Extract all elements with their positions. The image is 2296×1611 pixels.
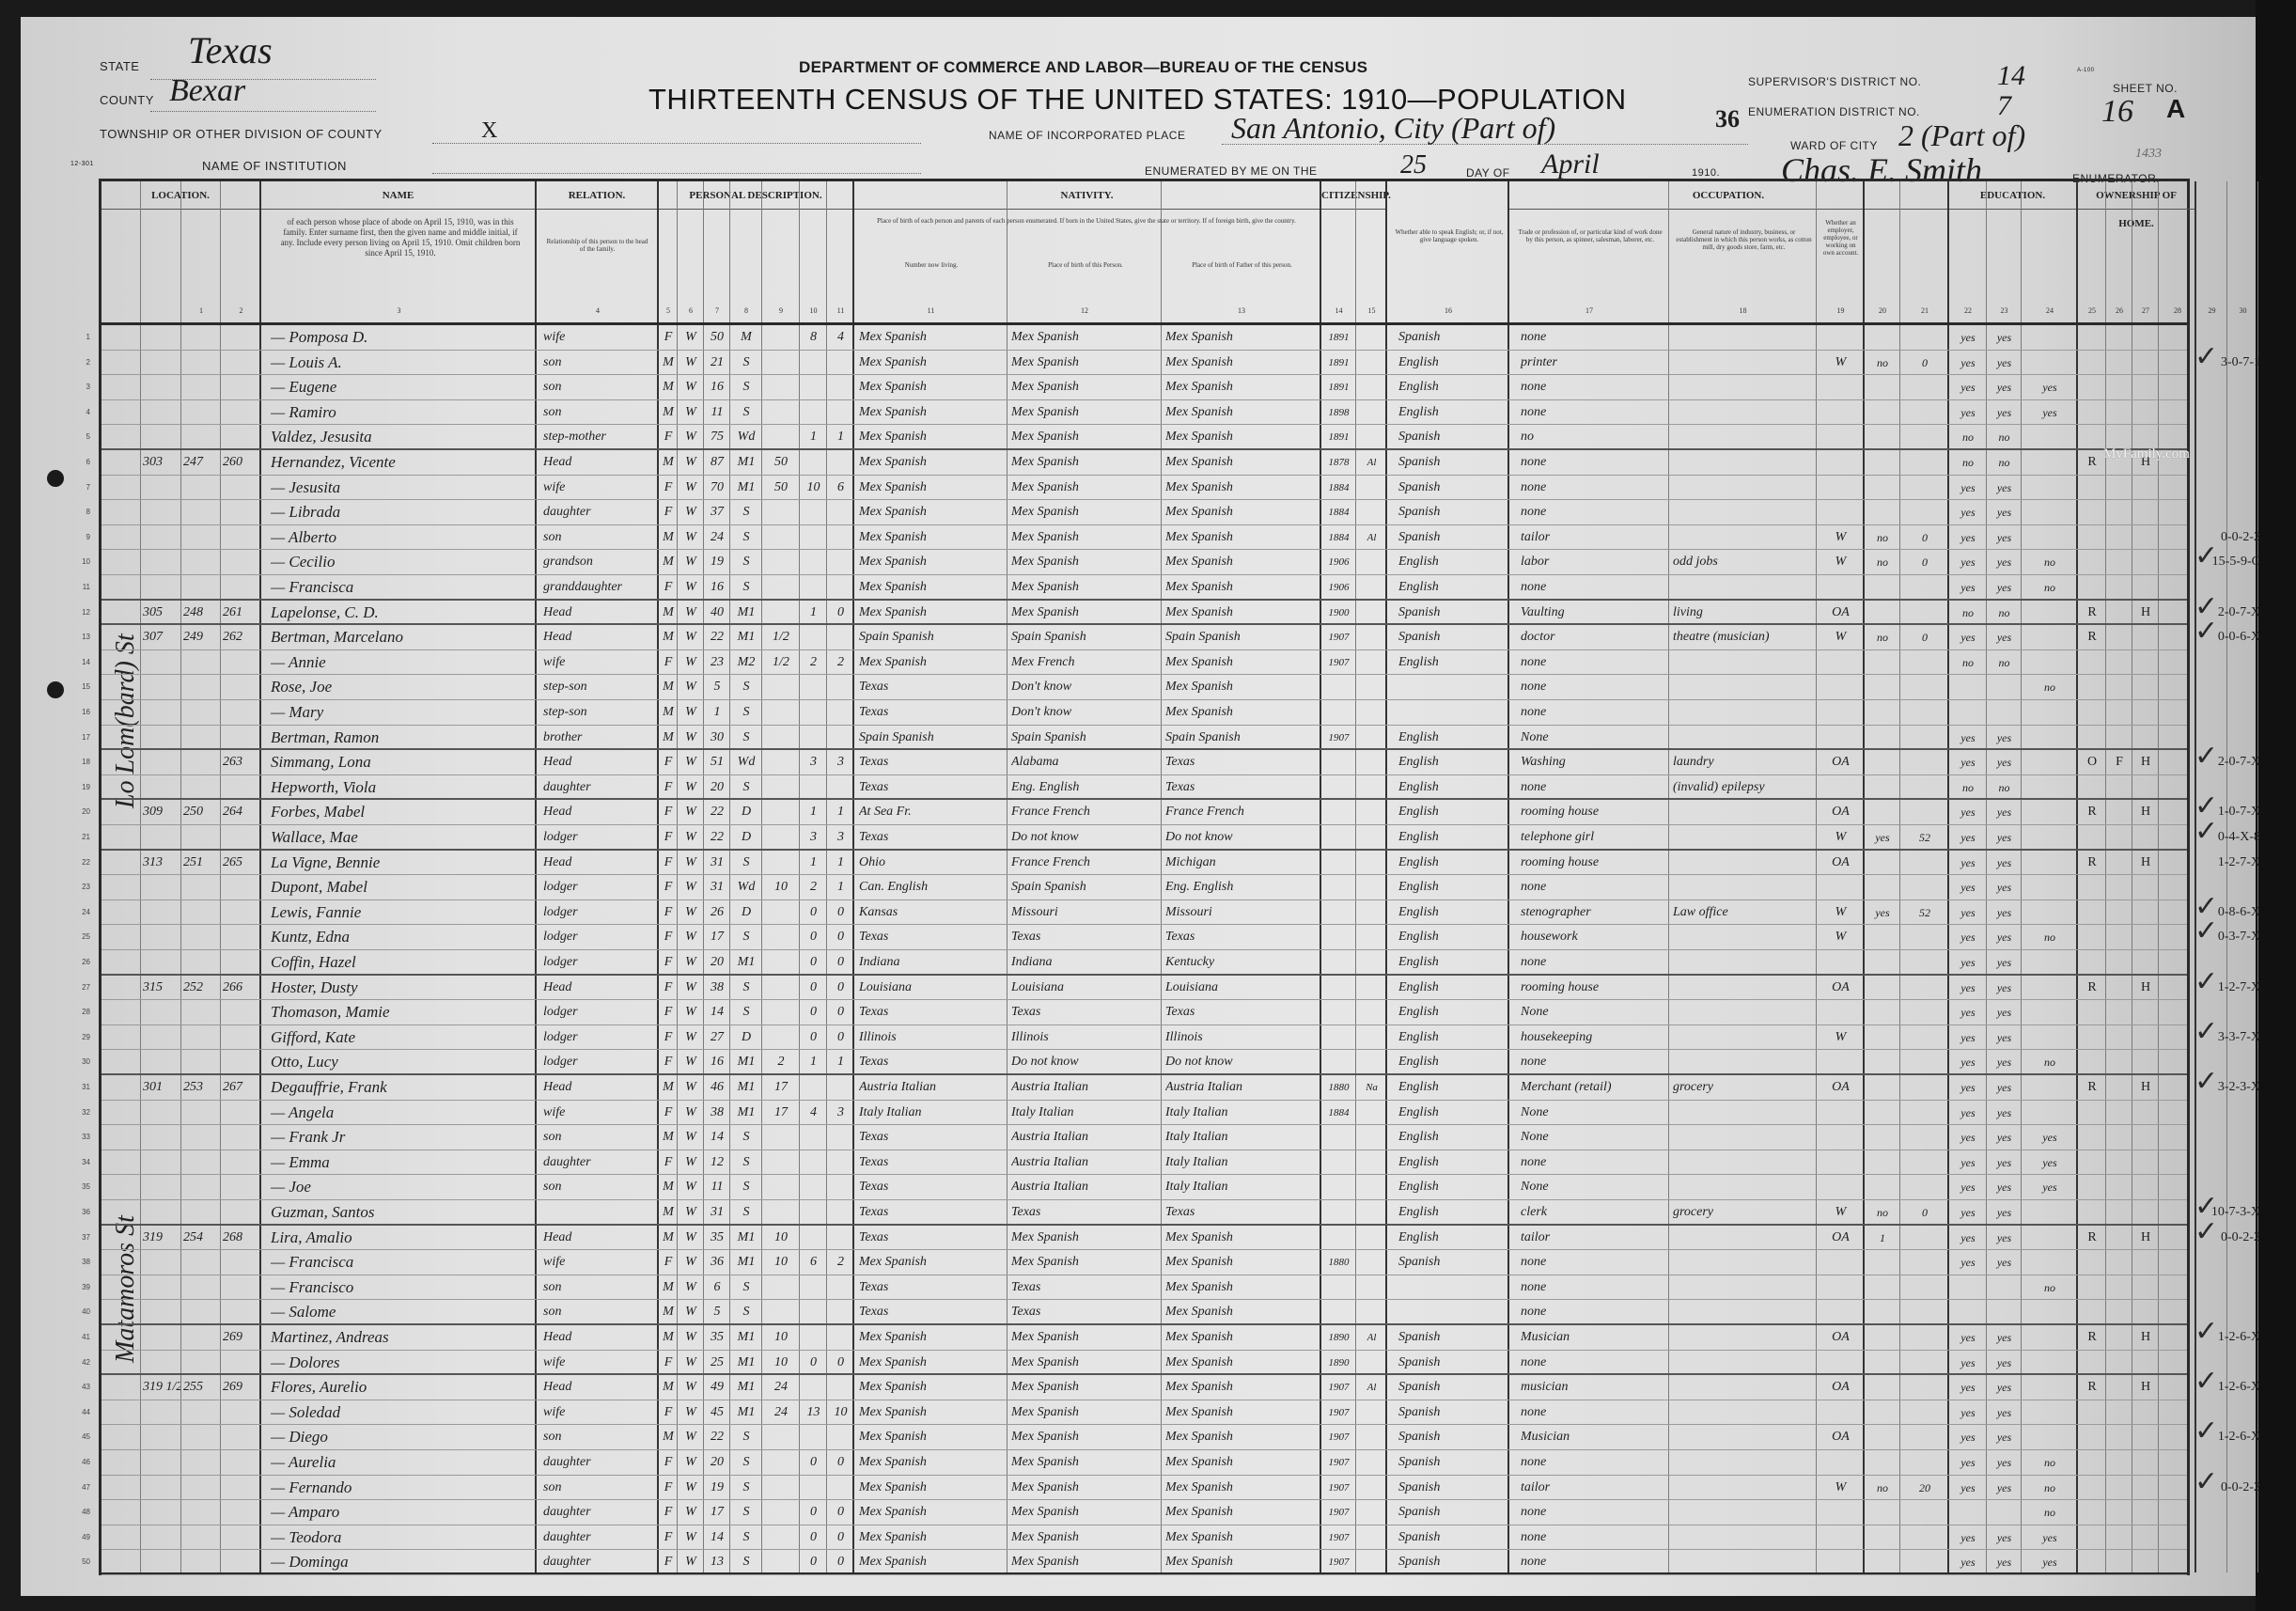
immigration-year (1321, 800, 1356, 824)
industry (1673, 450, 1814, 475)
birthplace: Texas (859, 1226, 1006, 1250)
years-married (762, 550, 800, 574)
line-number: 9 (70, 525, 90, 550)
employment-class: W (1817, 825, 1865, 850)
enumerated-month: April (1541, 149, 1600, 180)
trade: none (1521, 575, 1669, 600)
col-number: 15 (1356, 302, 1387, 321)
sex: F (659, 875, 678, 899)
col-number: 5 (659, 302, 678, 321)
line-number: 33 (70, 1125, 90, 1150)
birthplace: Mex Spanish (859, 476, 1006, 500)
mother-birthplace: Texas (1165, 1200, 1320, 1225)
language: Spanish (1398, 1351, 1507, 1375)
can-write (1987, 1275, 2022, 1300)
children-born: 1 (800, 851, 827, 875)
trade: Musician (1521, 1325, 1669, 1350)
school-attendance (2022, 1325, 2078, 1350)
mother-birthplace: Mex Spanish (1165, 675, 1320, 699)
years-married: 10 (762, 1250, 800, 1275)
industry (1673, 851, 1814, 875)
sex: M (659, 450, 678, 475)
out-of-work (1865, 601, 1900, 625)
free-mortgaged (2106, 775, 2132, 800)
out-of-work (1865, 650, 1900, 675)
relation: granddaughter (543, 575, 656, 600)
trade: Merchant (retail) (1521, 1075, 1669, 1100)
out-of-work (1865, 675, 1900, 699)
industry (1673, 1175, 1814, 1199)
immigration-year: 1890 (1321, 1351, 1356, 1375)
children-living (827, 575, 854, 600)
mother-birthplace: Mex Spanish (1165, 351, 1320, 375)
birthplace: Mex Spanish (859, 325, 1006, 350)
dwelling-number: 253 (183, 1075, 221, 1100)
birthplace: Mex Spanish (859, 650, 1006, 675)
relation: Head (543, 1375, 656, 1400)
weeks-out (1900, 875, 1949, 899)
family-number: 266 (223, 976, 260, 1000)
can-read: yes (1949, 575, 1987, 600)
children-born (800, 1325, 827, 1350)
pob-father-column-description: Place of birth of this Person. (1015, 261, 1156, 269)
employment-class (1817, 700, 1865, 725)
sex: M (659, 400, 678, 425)
immigration-year: 1906 (1321, 550, 1356, 574)
mother-birthplace: Mex Spanish (1165, 1275, 1320, 1300)
can-write: yes (1987, 825, 2022, 850)
dwelling-number (183, 1125, 221, 1150)
can-write: yes (1987, 1325, 2022, 1350)
free-mortgaged (2106, 700, 2132, 725)
family-number (223, 675, 260, 699)
children-living: 1 (827, 800, 854, 824)
coding-marks (2136, 476, 2260, 500)
employment-class: OA (1817, 1325, 1865, 1350)
language (1398, 1300, 1507, 1324)
dwelling-number (183, 1025, 221, 1050)
school-attendance: no (2022, 675, 2078, 699)
trade: None (1521, 1000, 1669, 1024)
years-married: 17 (762, 1075, 800, 1100)
race: W (678, 925, 704, 949)
family-number (223, 425, 260, 449)
col-number: 1 (181, 302, 221, 321)
naturalization (1356, 775, 1387, 800)
col-number: 14 (1321, 302, 1356, 321)
check-mark-icon: ✓ (2194, 540, 2218, 572)
father-birthplace: Texas (1011, 1300, 1160, 1324)
person-name: — Frank Jr (271, 1125, 534, 1150)
children-living: 0 (827, 976, 854, 1000)
age: 70 (704, 476, 730, 500)
can-read: yes (1949, 925, 1987, 949)
age: 35 (704, 1325, 730, 1350)
father-birthplace: Spain Spanish (1011, 726, 1160, 750)
trade: none (1521, 1450, 1669, 1475)
age: 46 (704, 1075, 730, 1100)
race: W (678, 950, 704, 975)
can-write: yes (1987, 525, 2022, 550)
language: Spanish (1398, 601, 1507, 625)
house-number (143, 1300, 180, 1324)
years-married: 10 (762, 875, 800, 899)
immigration-year: 1891 (1321, 425, 1356, 449)
industry-column-description: General nature of industry, business, or… (1676, 228, 1812, 251)
naturalization (1356, 851, 1387, 875)
race: W (678, 675, 704, 699)
father-birthplace: France French (1011, 800, 1160, 824)
father-birthplace: Illinois (1011, 1025, 1160, 1050)
person-name: — Diego (271, 1425, 534, 1449)
trade: none (1521, 1250, 1669, 1275)
family-number (223, 575, 260, 600)
language: English (1398, 825, 1507, 850)
form-corner: A-100 (2077, 68, 2095, 73)
trade: none (1521, 675, 1669, 699)
immigration-year: 1907 (1321, 726, 1356, 750)
owned-rented (2078, 1351, 2106, 1375)
owned-rented (2078, 1025, 2106, 1050)
language: English (1398, 900, 1507, 925)
can-read: yes (1949, 1425, 1987, 1449)
col-number: 16 (1387, 302, 1509, 321)
relation: lodger (543, 875, 656, 899)
house-number (143, 425, 180, 449)
line-number: 5 (70, 425, 90, 449)
employer-column-description: Whether an employer, employee, or workin… (1820, 219, 1862, 257)
father-birthplace: Austria Italian (1011, 1125, 1160, 1150)
children-born (800, 575, 827, 600)
race: W (678, 775, 704, 800)
trade: musician (1521, 1375, 1669, 1400)
birthplace: Spain Spanish (859, 625, 1006, 649)
immigration-year: 1907 (1321, 1550, 1356, 1574)
out-of-work: no (1865, 525, 1900, 550)
line-number: 27 (70, 976, 90, 1000)
family-number (223, 1300, 260, 1324)
owned-rented (2078, 650, 2106, 675)
language: Spanish (1398, 1325, 1507, 1350)
immigration-year: 1880 (1321, 1250, 1356, 1275)
dwelling-number (183, 500, 221, 524)
free-mortgaged (2106, 1325, 2132, 1350)
owned-rented (2078, 1450, 2106, 1475)
immigration-year: 1900 (1321, 601, 1356, 625)
age: 31 (704, 851, 730, 875)
check-mark-icon: ✓ (2194, 1365, 2218, 1398)
children-living (827, 1375, 854, 1400)
children-born (800, 1375, 827, 1400)
race: W (678, 1400, 704, 1425)
immigration-year (1321, 1025, 1356, 1050)
owned-rented (2078, 925, 2106, 949)
line-number: 1 (70, 325, 90, 350)
mother-birthplace: Mex Spanish (1165, 1325, 1320, 1350)
children-living: 0 (827, 950, 854, 975)
school-attendance (2022, 950, 2078, 975)
line-number: 39 (70, 1275, 90, 1300)
children-born: 0 (800, 1500, 827, 1525)
naturalization (1356, 900, 1387, 925)
mother-birthplace: Mex Spanish (1165, 650, 1320, 675)
age: 87 (704, 450, 730, 475)
weeks-out (1900, 1075, 1949, 1100)
check-mark-icon: ✓ (2194, 1015, 2218, 1048)
can-write: yes (1987, 550, 2022, 574)
immigration-year: 1907 (1321, 1425, 1356, 1449)
can-read: no (1949, 450, 1987, 475)
employment-class (1817, 1050, 1865, 1074)
school-attendance (2022, 450, 2078, 475)
weeks-out (1900, 1300, 1949, 1324)
children-born: 1 (800, 425, 827, 449)
children-born (800, 500, 827, 524)
family-number: 265 (223, 851, 260, 875)
mother-birthplace: Texas (1165, 775, 1320, 800)
supervisor-label: Supervisor's District No. (1748, 75, 1921, 88)
age: 11 (704, 1175, 730, 1199)
table-row: 7 — Jesusita wife F W 70 M1 50 10 6 Mex … (102, 476, 2187, 501)
immigration-year (1321, 1275, 1356, 1300)
family-number: 263 (223, 750, 260, 774)
naturalization (1356, 1025, 1387, 1050)
race: W (678, 550, 704, 574)
out-of-work (1865, 1525, 1900, 1550)
enumerated-label: Enumerated by me on the (1145, 164, 1318, 178)
birthplace: Mex Spanish (859, 500, 1006, 524)
house-number: 319 (143, 1226, 180, 1250)
can-read: yes (1949, 825, 1987, 850)
line-number: 38 (70, 1250, 90, 1275)
employment-class: W (1817, 1025, 1865, 1050)
children-living (827, 1476, 854, 1500)
family-number (223, 900, 260, 925)
dwelling-number (183, 750, 221, 774)
person-name: — Ramiro (271, 400, 534, 425)
line-number: 31 (70, 1075, 90, 1100)
language: English (1398, 976, 1507, 1000)
father-birthplace: Spain Spanish (1011, 625, 1160, 649)
coding-marks (2136, 1500, 2260, 1525)
free-mortgaged (2106, 1200, 2132, 1225)
children-living (827, 1175, 854, 1199)
children-living: 6 (827, 476, 854, 500)
race: W (678, 1325, 704, 1350)
weeks-out (1900, 1226, 1949, 1250)
owned-rented: R (2078, 450, 2106, 475)
industry: grocery (1673, 1075, 1814, 1100)
out-of-work (1865, 1150, 1900, 1175)
age: 17 (704, 925, 730, 949)
person-name: — Louis A. (271, 351, 534, 375)
marital-status: S (730, 1275, 762, 1300)
institution-label: Name of institution (202, 159, 347, 173)
children-born (800, 450, 827, 475)
children-living: 0 (827, 1525, 854, 1550)
language: English (1398, 1075, 1507, 1100)
relation: son (543, 1300, 656, 1324)
dwelling-number (183, 726, 221, 750)
can-read: yes (1949, 800, 1987, 824)
school-attendance: yes (2022, 375, 2078, 399)
marital-status: S (730, 976, 762, 1000)
trade: none (1521, 1050, 1669, 1074)
employment-class (1817, 775, 1865, 800)
employment-class (1817, 1525, 1865, 1550)
birthplace: Texas (859, 1300, 1006, 1324)
family-number (223, 1450, 260, 1475)
years-married: 1/2 (762, 625, 800, 649)
birthplace: Texas (859, 1125, 1006, 1150)
children-born: 8 (800, 325, 827, 350)
can-read: yes (1949, 1351, 1987, 1375)
house-number (143, 375, 180, 399)
birthplace: Texas (859, 750, 1006, 774)
immigration-year: 1890 (1321, 1325, 1356, 1350)
children-born (800, 375, 827, 399)
relation: daughter (543, 1550, 656, 1574)
can-write (1987, 1500, 2022, 1525)
industry (1673, 1550, 1814, 1574)
house-number (143, 1500, 180, 1525)
children-born: 1 (800, 1050, 827, 1074)
out-of-work (1865, 875, 1900, 899)
dwelling-number (183, 550, 221, 574)
race: W (678, 1500, 704, 1525)
sex: M (659, 1200, 678, 1225)
employment-class (1817, 400, 1865, 425)
owned-rented: R (2078, 800, 2106, 824)
school-attendance (2022, 875, 2078, 899)
weeks-out (1900, 1101, 1949, 1125)
years-married (762, 1150, 800, 1175)
col-number: 8 (730, 302, 762, 321)
birthplace: Mex Spanish (859, 525, 1006, 550)
father-birthplace: France French (1011, 851, 1160, 875)
father-birthplace: Mex Spanish (1011, 1325, 1160, 1350)
township-label: Township or other division of county (100, 127, 383, 141)
sheet-side: A (2166, 94, 2185, 124)
age: 50 (704, 325, 730, 350)
line-number: 48 (70, 1500, 90, 1525)
father-birthplace: Mex Spanish (1011, 476, 1160, 500)
father-birthplace: Austria Italian (1011, 1175, 1160, 1199)
weeks-out (1900, 1525, 1949, 1550)
can-read (1949, 1275, 1987, 1300)
trade: rooming house (1521, 851, 1669, 875)
person-name: Hepworth, Viola (271, 775, 534, 800)
school-attendance (2022, 1300, 2078, 1324)
free-mortgaged (2106, 800, 2132, 824)
person-name: Bertman, Ramon (271, 726, 534, 750)
father-birthplace: Do not know (1011, 825, 1160, 850)
person-name: — Mary (271, 700, 534, 725)
can-write: yes (1987, 950, 2022, 975)
family-number (223, 875, 260, 899)
immigration-year (1321, 875, 1356, 899)
sheet-value: 16 (2101, 94, 2133, 130)
industry (1673, 925, 1814, 949)
relation: wife (543, 1101, 656, 1125)
line-number: 8 (70, 500, 90, 524)
age: 75 (704, 425, 730, 449)
owned-rented (2078, 1400, 2106, 1425)
school-attendance: no (2022, 925, 2078, 949)
school-attendance: yes (2022, 1550, 2078, 1574)
marital-status: S (730, 775, 762, 800)
owned-rented (2078, 425, 2106, 449)
marital-status: M2 (730, 650, 762, 675)
col-number: 30 (2227, 302, 2258, 321)
immigration-year (1321, 851, 1356, 875)
person-name: — Fernando (271, 1476, 534, 1500)
dwelling-number (183, 825, 221, 850)
dwelling-number (183, 1450, 221, 1475)
family-number: 264 (223, 800, 260, 824)
naturalization (1356, 700, 1387, 725)
age: 19 (704, 1476, 730, 1500)
race: W (678, 375, 704, 399)
can-read: no (1949, 425, 1987, 449)
can-write: yes (1987, 750, 2022, 774)
coding-marks (2136, 700, 2260, 725)
age: 11 (704, 400, 730, 425)
person-name: Dupont, Mabel (271, 875, 534, 899)
age: 27 (704, 1025, 730, 1050)
township-value: X (481, 118, 497, 144)
dwelling-number (183, 1425, 221, 1449)
dwelling-number (183, 425, 221, 449)
free-mortgaged (2106, 375, 2132, 399)
relation: son (543, 525, 656, 550)
free-mortgaged (2106, 476, 2132, 500)
father-birthplace: Mex French (1011, 650, 1160, 675)
can-read: yes (1949, 900, 1987, 925)
relation: daughter (543, 1500, 656, 1525)
relation: step-son (543, 675, 656, 699)
school-attendance: yes (2022, 1125, 2078, 1150)
dwelling-number (183, 775, 221, 800)
col-number: 7 (704, 302, 730, 321)
naturalization (1356, 800, 1387, 824)
watermark: MyFamily.com (2103, 446, 2190, 462)
coding-marks (2136, 1525, 2260, 1550)
out-of-work (1865, 1275, 1900, 1300)
immigration-year: 1898 (1321, 400, 1356, 425)
age: 16 (704, 1050, 730, 1074)
person-name: — Salome (271, 1300, 534, 1324)
punch-hole (47, 681, 64, 698)
language: English (1398, 575, 1507, 600)
weeks-out (1900, 575, 1949, 600)
relation: Head (543, 750, 656, 774)
col-number: 2 (221, 302, 261, 321)
years-married (762, 950, 800, 975)
immigration-year (1321, 1175, 1356, 1199)
birthplace: Mex Spanish (859, 1375, 1006, 1400)
years-married (762, 1525, 800, 1550)
industry (1673, 1101, 1814, 1125)
col-number: 9 (762, 302, 800, 321)
marital-status: M1 (730, 950, 762, 975)
owned-rented: R (2078, 851, 2106, 875)
weeks-out: 0 (1900, 351, 1949, 375)
trade: no (1521, 425, 1669, 449)
weeks-out (1900, 1425, 1949, 1449)
house-number (143, 400, 180, 425)
table-row: 23 Dupont, Mabel lodger F W 31 Wd 10 2 1… (102, 875, 2187, 900)
